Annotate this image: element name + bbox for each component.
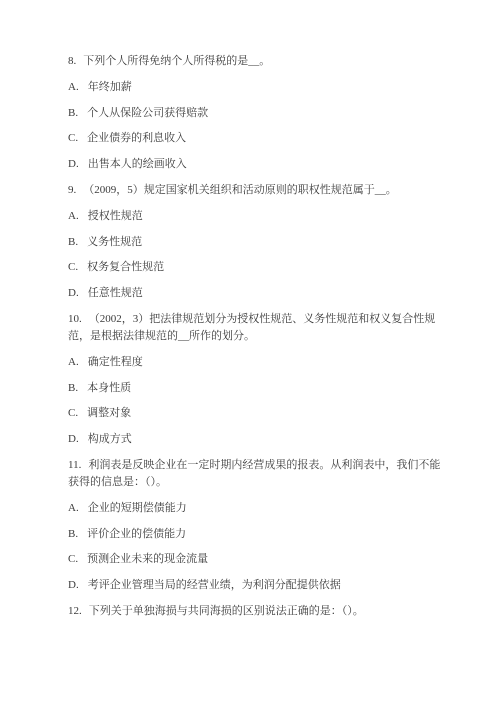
question-body: 利润表是反映企业在一定时期内经营成果的报表。从利润表中，我们不能获得的信息是：（… (68, 459, 440, 488)
option-text: 出售本人的绘画收入 (88, 158, 187, 170)
question-number: 11. (68, 457, 81, 474)
option-text: 授权性规范 (88, 210, 143, 222)
question-block-10: 10.（2002，3）把法律规范划分为授权性规范、义务性规范和权义复合性规范，是… (68, 311, 448, 448)
option-label: A. (68, 208, 79, 225)
question-number: 12. (68, 603, 82, 620)
option-label: C. (68, 551, 78, 568)
option-label: D. (68, 285, 79, 302)
question-number: 9. (68, 182, 76, 199)
option-text: 确定性程度 (88, 356, 143, 368)
question-body: （2002，3）把法律规范划分为授权性规范、义务性规范和权义复合性规范，是根据法… (68, 313, 435, 342)
exam-document-page: 8.下列个人所得免纳个人所得税的是__。 A.年终加薪 B.个人从保险公司获得赔… (0, 0, 500, 707)
option: C.调整对象 (68, 405, 448, 422)
option-text: 构成方式 (88, 433, 132, 445)
question-text: 12.下列关于单独海损与共同海损的区别说法正确的是：（）。 (68, 603, 448, 620)
option-text: 企业的短期偿债能力 (88, 502, 187, 514)
option-text: 预测企业未来的现金流量 (87, 553, 208, 565)
option-text: 权务复合性规范 (87, 261, 164, 273)
option: B.个人从保险公司获得赔款 (68, 105, 448, 122)
option: C.权务复合性规范 (68, 259, 448, 276)
option-text: 本身性质 (87, 382, 131, 394)
option-label: B. (68, 380, 78, 397)
option: B.评价企业的偿债能力 (68, 526, 448, 543)
question-body: 下列个人所得免纳个人所得税的是__。 (83, 55, 270, 67)
question-text: 9.（2009，5）规定国家机关组织和活动原则的职权性规范属于__。 (68, 182, 448, 199)
option-text: 调整对象 (87, 407, 131, 419)
option-label: D. (68, 431, 79, 448)
option-text: 考评企业管理当局的经营业绩，为利润分配提供依据 (88, 579, 341, 591)
option-label: D. (68, 577, 79, 594)
option-text: 企业债券的利息收入 (87, 132, 186, 144)
option-label: A. (68, 354, 79, 371)
option: B.义务性规范 (68, 234, 448, 251)
option: A.确定性程度 (68, 354, 448, 371)
option-label: B. (68, 526, 78, 543)
option: C.企业债券的利息收入 (68, 130, 448, 147)
question-block-9: 9.（2009，5）规定国家机关组织和活动原则的职权性规范属于__。 A.授权性… (68, 182, 448, 302)
question-text: 8.下列个人所得免纳个人所得税的是__。 (68, 53, 448, 70)
option-label: B. (68, 234, 78, 251)
option: A.年终加薪 (68, 79, 448, 96)
option-label: C. (68, 405, 78, 422)
question-body: （2009，5）规定国家机关组织和活动原则的职权性规范属于__。 (83, 184, 397, 196)
option: C.预测企业未来的现金流量 (68, 551, 448, 568)
option: D.任意性规范 (68, 285, 448, 302)
question-body: 下列关于单独海损与共同海损的区别说法正确的是：（）。 (89, 605, 364, 617)
option: B.本身性质 (68, 380, 448, 397)
option-text: 义务性规范 (87, 236, 142, 248)
question-block-8: 8.下列个人所得免纳个人所得税的是__。 A.年终加薪 B.个人从保险公司获得赔… (68, 53, 448, 173)
option-label: C. (68, 259, 78, 276)
question-block-11: 11.利润表是反映企业在一定时期内经营成果的报表。从利润表中，我们不能获得的信息… (68, 457, 448, 594)
question-block-12: 12.下列关于单独海损与共同海损的区别说法正确的是：（）。 (68, 603, 448, 620)
option-text: 个人从保险公司获得赔款 (87, 107, 208, 119)
option-label: D. (68, 156, 79, 173)
option: A.授权性规范 (68, 208, 448, 225)
question-number: 10. (68, 311, 82, 328)
option: D.出售本人的绘画收入 (68, 156, 448, 173)
question-number: 8. (68, 53, 76, 70)
option-label: C. (68, 130, 78, 147)
option-label: A. (68, 500, 79, 517)
option-text: 评价企业的偿债能力 (87, 528, 186, 540)
option-text: 年终加薪 (88, 81, 132, 93)
option-label: A. (68, 79, 79, 96)
question-text: 11.利润表是反映企业在一定时期内经营成果的报表。从利润表中，我们不能获得的信息… (68, 457, 448, 491)
option-text: 任意性规范 (88, 287, 143, 299)
question-text: 10.（2002，3）把法律规范划分为授权性规范、义务性规范和权义复合性规范，是… (68, 311, 448, 345)
option: A.企业的短期偿债能力 (68, 500, 448, 517)
option: D.构成方式 (68, 431, 448, 448)
option-label: B. (68, 105, 78, 122)
option: D.考评企业管理当局的经营业绩，为利润分配提供依据 (68, 577, 448, 594)
